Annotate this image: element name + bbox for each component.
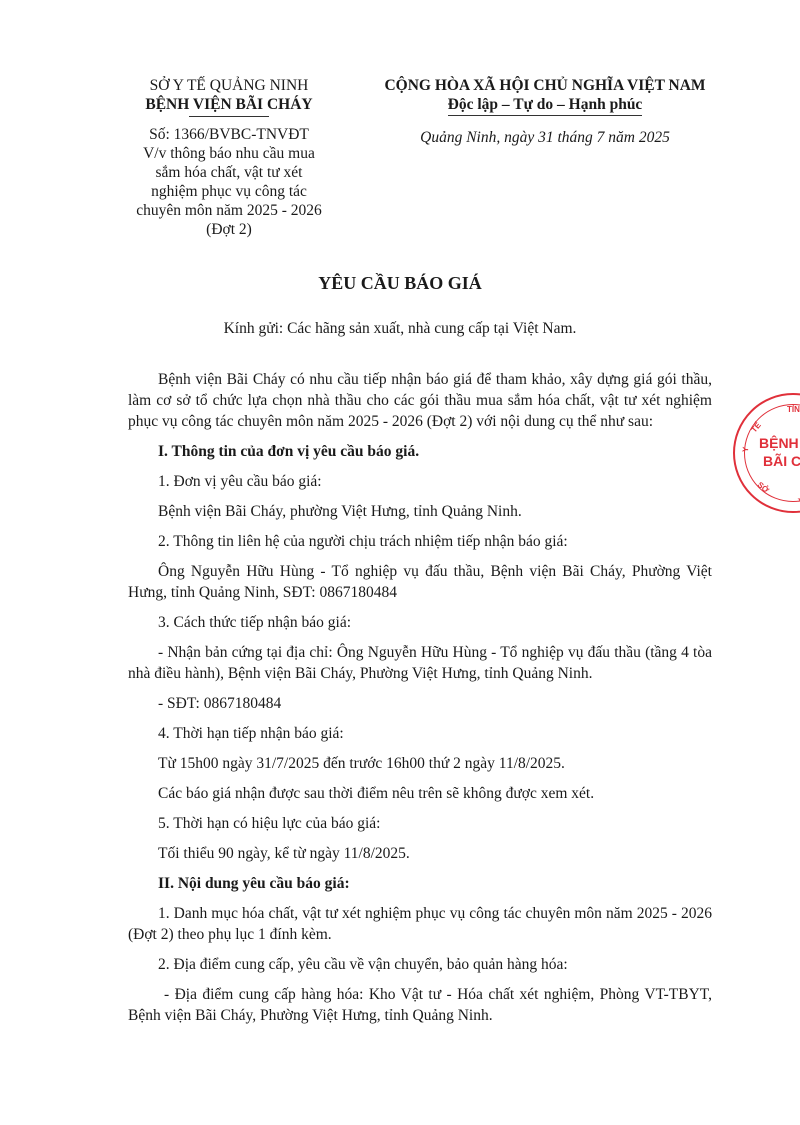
- item-value: 1. Danh mục hóa chất, vật tư xét nghiệm …: [128, 903, 712, 945]
- item-label: 2. Địa điểm cung cấp, yêu cầu về vận chu…: [128, 954, 712, 975]
- item-label: 2. Thông tin liên hệ của người chịu trác…: [128, 531, 712, 552]
- nation-title: CỘNG HÒA XÃ HỘI CHỦ NGHĨA VIỆT NAM: [350, 76, 740, 95]
- document-body: Bệnh viện Bãi Cháy có nhu cầu tiếp nhận …: [128, 369, 712, 1026]
- item-value: - Địa điểm cung cấp hàng hóa: Kho Vật tư…: [128, 984, 712, 1026]
- seal-text: TỈN: [787, 405, 800, 414]
- national-header: CỘNG HÒA XÃ HỘI CHỦ NGHĨA VIỆT NAM Độc l…: [350, 76, 740, 147]
- issuer-header: SỞ Y TẾ QUẢNG NINH BỆNH VIỆN BÃI CHÁY Số…: [108, 76, 350, 239]
- intro-paragraph: Bệnh viện Bãi Cháy có nhu cầu tiếp nhận …: [128, 369, 712, 432]
- item-value: Tối thiểu 90 ngày, kể từ ngày 11/8/2025.: [128, 843, 712, 864]
- item-label: 4. Thời hạn tiếp nhận báo giá:: [128, 723, 712, 744]
- item-label: 1. Đơn vị yêu cầu báo giá:: [128, 471, 712, 492]
- hospital-name: BỆNH VIỆN BÃI CHÁY: [108, 95, 350, 114]
- item-value: Từ 15h00 ngày 31/7/2025 đến trước 16h00 …: [128, 753, 712, 774]
- national-motto: Độc lập – Tự do – Hạnh phúc: [448, 95, 643, 116]
- document-title: YÊU CẦU BÁO GIÁ: [0, 273, 800, 294]
- seal-text: BÃI C: [763, 453, 800, 469]
- department-name: SỞ Y TẾ QUẢNG NINH: [108, 76, 350, 95]
- item-value: Bệnh viện Bãi Cháy, phường Việt Hưng, tỉ…: [128, 501, 712, 522]
- subject-line: (Đợt 2): [108, 220, 350, 239]
- recipient-line: Kính gửi: Các hãng sản xuất, nhà cung cấ…: [0, 320, 800, 338]
- document-page: SỞ Y TẾ QUẢNG NINH BỆNH VIỆN BÃI CHÁY Số…: [0, 0, 800, 1125]
- subject-line: V/v thông báo nhu cầu mua: [108, 144, 350, 163]
- seal-text: BỆNH: [759, 435, 799, 451]
- header-underline: [189, 116, 269, 117]
- official-seal: TỈN TẾ Y SỞ BỆNH BÃI C ★: [733, 393, 800, 513]
- item-value: - Nhận bản cứng tại địa chỉ: Ông Nguyễn …: [128, 642, 712, 684]
- document-number: Số: 1366/BVBC-TNVĐT: [108, 125, 350, 144]
- item-label: 3. Cách thức tiếp nhận báo giá:: [128, 612, 712, 633]
- item-label: 5. Thời hạn có hiệu lực của báo giá:: [128, 813, 712, 834]
- subject-line: sắm hóa chất, vật tư xét: [108, 163, 350, 182]
- place-date: Quảng Ninh, ngày 31 tháng 7 năm 2025: [350, 128, 740, 147]
- subject-line: chuyên môn năm 2025 - 2026: [108, 201, 350, 220]
- item-value: Các báo giá nhận được sau thời điểm nêu …: [128, 783, 712, 804]
- section-1-heading: I. Thông tin của đơn vị yêu cầu báo giá.: [128, 441, 712, 462]
- seal-text: Y: [741, 446, 750, 452]
- subject-line: nghiệm phục vụ công tác: [108, 182, 350, 201]
- section-2-heading: II. Nội dung yêu cầu báo giá:: [128, 873, 712, 894]
- item-value: Ông Nguyễn Hữu Hùng - Tổ nghiệp vụ đấu t…: [128, 561, 712, 603]
- item-value: - SĐT: 0867180484: [128, 693, 712, 714]
